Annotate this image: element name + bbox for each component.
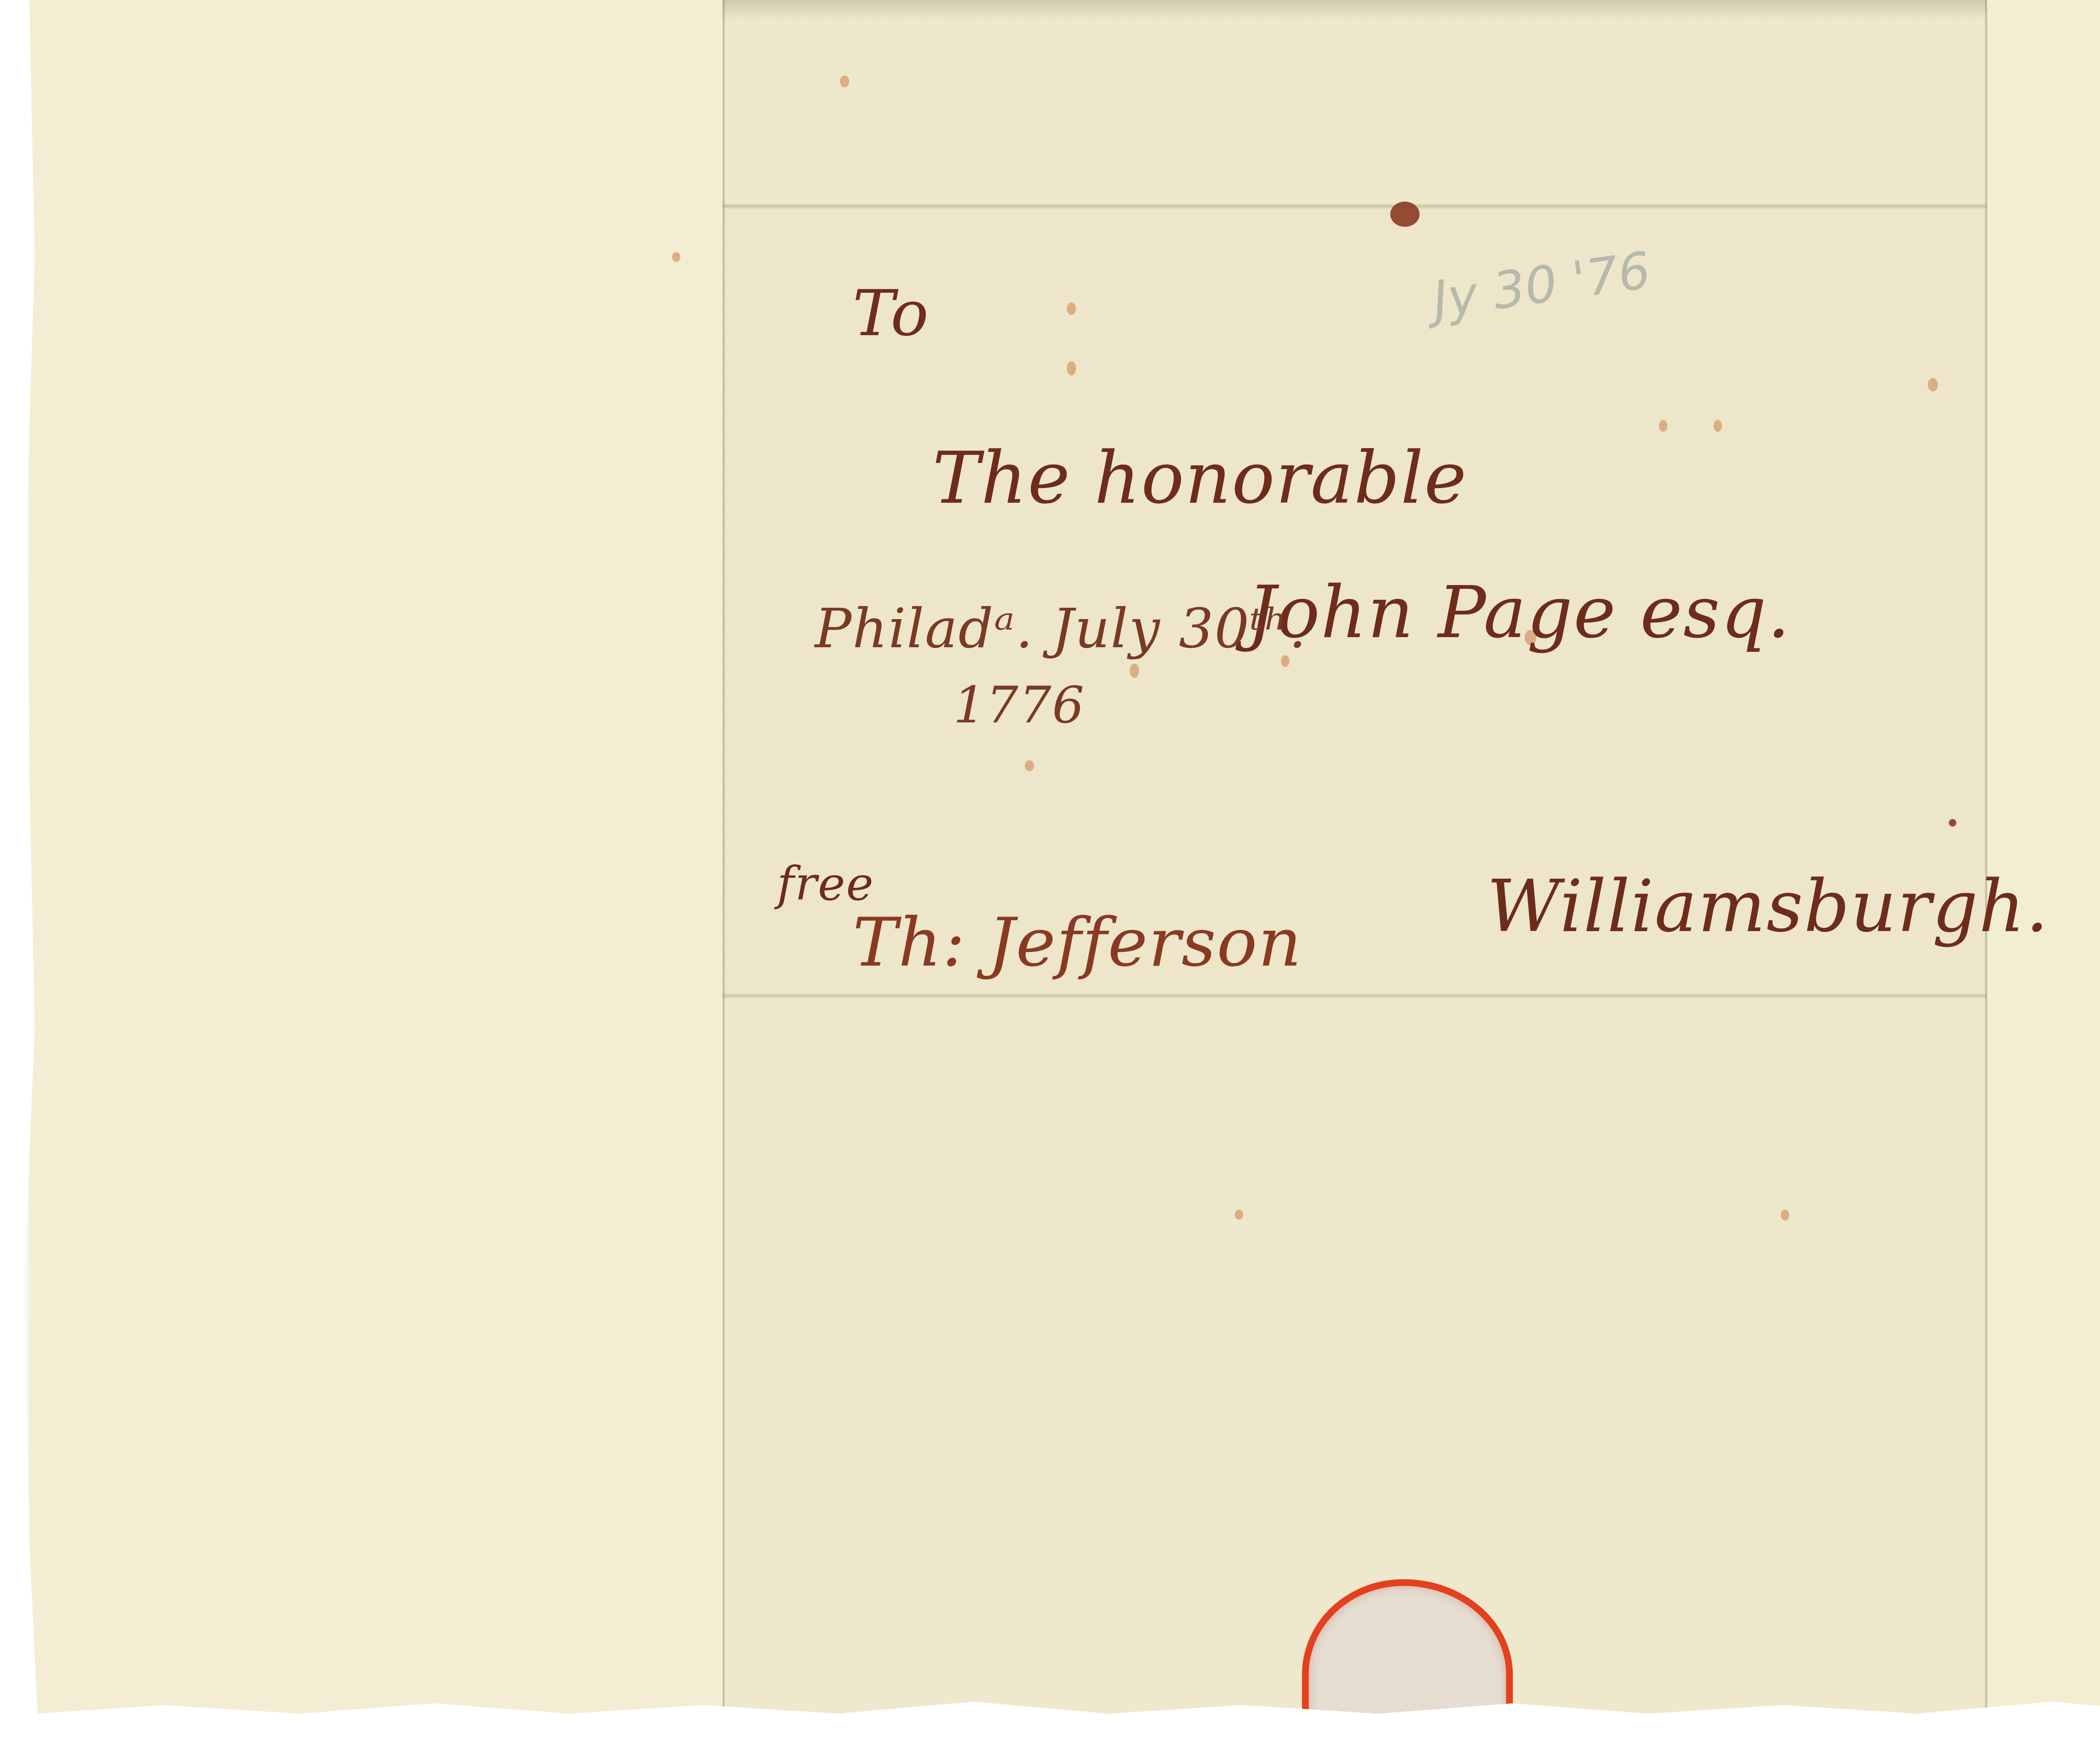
fold-line-top: [722, 203, 1987, 209]
fold-line-right: [1985, 0, 1987, 1714]
left-fold-panel: [29, 0, 722, 1714]
right-fold-panel: [1987, 0, 2100, 1714]
foxing-spot: [1067, 361, 1076, 375]
foxing-spot: [672, 252, 680, 262]
foxing-spot: [840, 76, 849, 87]
fold-line-left: [722, 0, 725, 1714]
ink-dot: [1949, 819, 1956, 827]
foxing-spot: [1235, 1210, 1243, 1220]
dateline-year: 1776: [953, 676, 1085, 735]
recipient-name: John Page esq.: [1247, 571, 1791, 654]
letter-sheet: Jy 30 '76 To The honorable John Page esq…: [29, 0, 2100, 1714]
ink-blot: [1390, 202, 1420, 227]
foxing-spot: [1130, 664, 1139, 678]
foxing-spot: [1781, 1210, 1789, 1221]
foxing-spot: [1659, 420, 1667, 432]
title-line: The honorable: [932, 437, 1467, 520]
fold-line-bottom: [722, 993, 1987, 999]
foxing-spot: [1067, 302, 1076, 315]
salutation: To: [853, 277, 929, 350]
destination: Williamsburgh.: [1487, 865, 2049, 948]
foxing-spot: [1025, 760, 1034, 771]
dateline-place-date: Philadᵃ. July 30ᵗʰ.: [815, 596, 1307, 660]
foxing-spot: [1714, 420, 1722, 432]
frank-label: free: [777, 857, 874, 911]
foxing-spot: [1928, 378, 1938, 391]
frank-signature: Th: Jefferson: [853, 903, 1302, 982]
top-fold-edge: [722, 0, 1987, 21]
